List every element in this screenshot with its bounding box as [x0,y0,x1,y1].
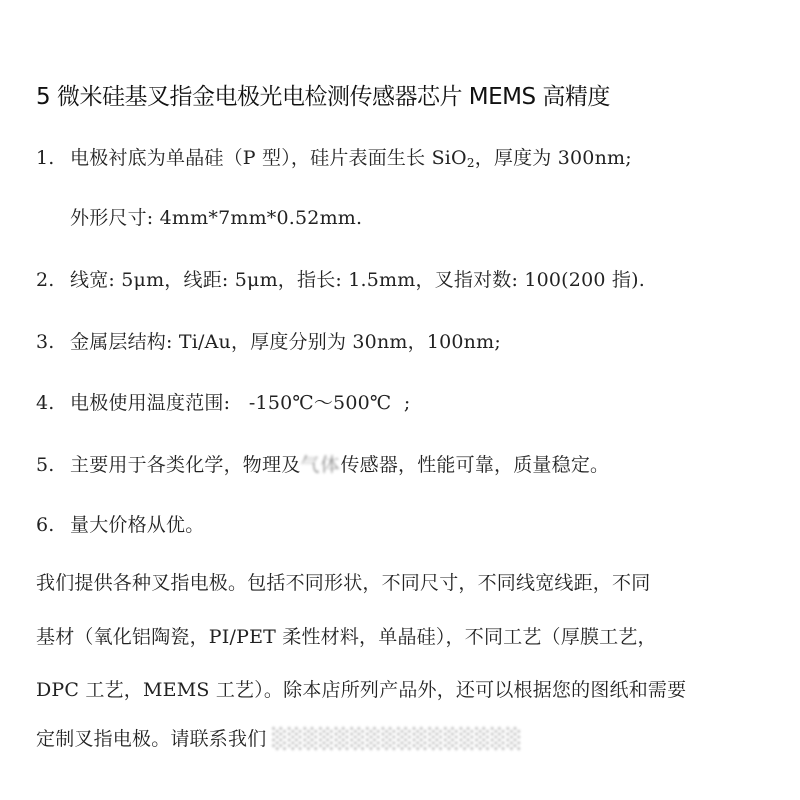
obscured-text: 气体 [300,450,340,477]
spec-text: 线宽: 5μm，线距: 5μm，指长: 1.5mm，叉指对数: 100(200 … [70,269,645,291]
paragraph-line-1: 我们提供各种叉指电极。包括不同形状，不同尺寸，不同线宽线距，不同 [36,568,650,595]
spec-item-1-continuation: 外形尺寸: 4mm*7mm*0.52mm. [70,203,362,230]
document-title: 5 微米硅基叉指金电极光电检测传感器芯片 MEMS 高精度 [36,78,610,111]
obscured-contact-info: ░░░░░░░░░░░░░░░░ [273,728,523,750]
spec-item-4: 4.电极使用温度范围: -150℃～500℃ ; [36,388,410,415]
spec-number: 4. [36,392,70,414]
spec-text: 金属层结构: Ti/Au，厚度分别为 30nm，100nm; [70,331,501,353]
spec-item-3: 3.金属层结构: Ti/Au，厚度分别为 30nm，100nm; [36,327,501,354]
spec-number: 3. [36,331,70,353]
spec-item-1: 1.电极衬底为单晶硅（P 型），硅片表面生长 SiO2，厚度为 300nm; [36,143,632,170]
spec-number: 6. [36,514,70,536]
spec-number: 1. [36,147,70,169]
spec-text-tail: 传感器，性能可靠，质量稳定。 [340,454,609,476]
spec-text-tail: ，厚度为 300nm; [475,147,632,169]
spec-number: 5. [36,454,70,476]
subscript: 2 [467,156,475,170]
spec-text: 量大价格从优。 [70,514,204,536]
spec-text: 电极使用温度范围: -150℃～500℃ ; [70,392,410,414]
spec-item-2: 2.线宽: 5μm，线距: 5μm，指长: 1.5mm，叉指对数: 100(20… [36,265,645,292]
paragraph-line-4: 定制叉指电极。请联系我们 ░░░░░░░░░░░░░░░░ [36,724,522,751]
spec-item-6: 6.量大价格从优。 [36,510,204,537]
spec-item-5: 5.主要用于各类化学，物理及气体传感器，性能可靠，质量稳定。 [36,450,609,477]
paragraph-line-2: 基材（氧化铝陶瓷，PI/PET 柔性材料，单晶硅），不同工艺（厚膜工艺， [36,622,657,649]
spec-text: 电极衬底为单晶硅（P 型），硅片表面生长 SiO [70,147,467,169]
paragraph-text: 定制叉指电极。请联系我们 [36,728,266,750]
spec-number: 2. [36,269,70,291]
document-page: 5 微米硅基叉指金电极光电检测传感器芯片 MEMS 高精度 1.电极衬底为单晶硅… [0,0,800,800]
spec-text: 主要用于各类化学，物理及 [70,454,300,476]
paragraph-line-3: DPC 工艺，MEMS 工艺）。除本店所列产品外，还可以根据您的图纸和需要 [36,675,686,702]
